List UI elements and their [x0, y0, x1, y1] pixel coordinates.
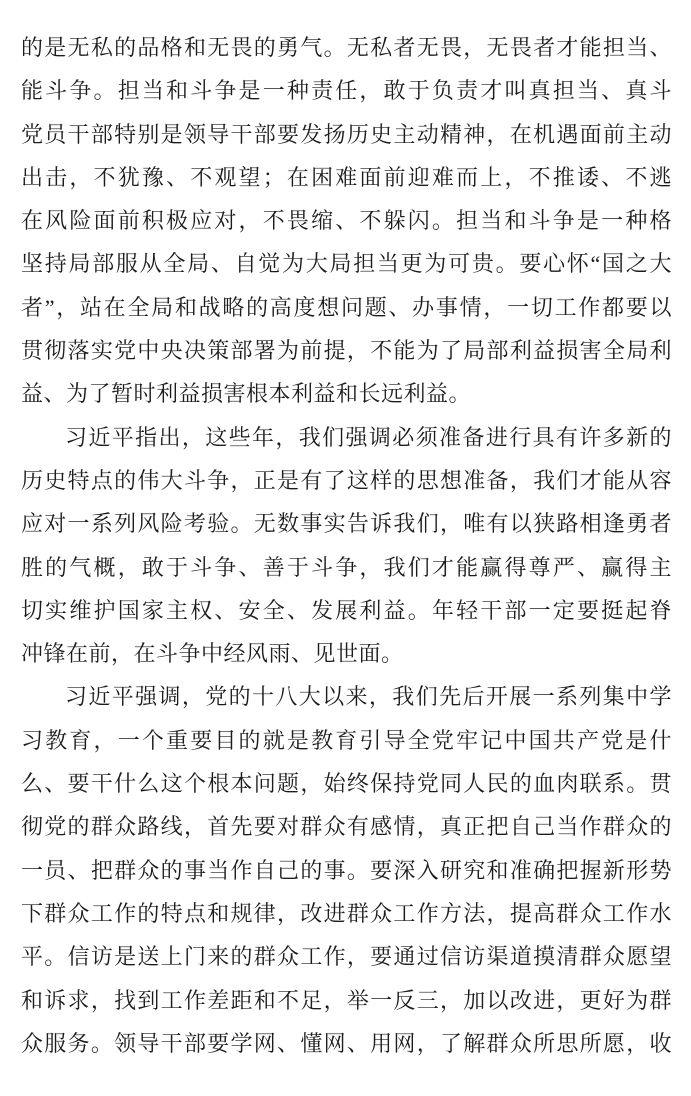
- text-line: 益、为了暂时利益损害根本利益和长远利益。: [21, 372, 672, 415]
- text-line: 彻党的群众路线，首先要对群众有感情，真正把自己当作群众的: [21, 805, 672, 848]
- text-line: 应对一系列风险考验。无数事实告诉我们，唯有以狭路相逢勇者: [21, 502, 672, 545]
- text-line: 习近平强调，党的十八大以来，我们先后开展一系列集中学: [21, 675, 672, 718]
- text-line: 众服务。领导干部要学网、懂网、用网，了解群众所思所愿，收: [21, 1022, 672, 1065]
- text-line: 在风险面前积极应对，不畏缩、不躲闪。担当和斗争是一种格局，: [21, 199, 672, 242]
- text-line: 冲锋在前，在斗争中经风雨、见世面。: [21, 632, 672, 675]
- text-line: 和诉求，找到工作差距和不足，举一反三，加以改进，更好为群: [21, 979, 672, 1022]
- text-line: 么、要干什么这个根本问题，始终保持党同人民的血肉联系。贯: [21, 762, 672, 805]
- text-line: 贯彻落实党中央决策部署为前提，不能为了局部利益损害全局利: [21, 329, 672, 372]
- text-line: 下群众工作的特点和规律，改进群众工作方法，提高群众工作水: [21, 892, 672, 935]
- text-line: 一员、把群众的事当作自己的事。要深入研究和准确把握新形势: [21, 849, 672, 892]
- text-line: 平。信访是送上门来的群众工作，要通过信访渠道摸清群众愿望: [21, 935, 672, 978]
- paragraph: 的是无私的品格和无畏的勇气。无私者无畏，无畏者才能担当、能斗争。担当和斗争是一种…: [21, 26, 672, 416]
- paragraph: 习近平强调，党的十八大以来，我们先后开展一系列集中学习教育，一个重要目的就是教育…: [21, 675, 672, 1065]
- document-page: 的是无私的品格和无畏的勇气。无私者无畏，无畏者才能担当、能斗争。担当和斗争是一种…: [0, 0, 691, 1096]
- text-line: 者”，站在全局和战略的高度想问题、办事情，一切工作都要以: [21, 286, 672, 329]
- text-line: 历史特点的伟大斗争，正是有了这样的思想准备，我们才能从容: [21, 459, 672, 502]
- text-line: 习近平指出，这些年，我们强调必须准备进行具有许多新的: [21, 416, 672, 459]
- paragraph: 习近平指出，这些年，我们强调必须准备进行具有许多新的历史特点的伟大斗争，正是有了…: [21, 416, 672, 676]
- text-line: 胜的气概，敢于斗争、善于斗争，我们才能赢得尊严、赢得主动，: [21, 546, 672, 589]
- text-line: 坚持局部服从全局、自觉为大局担当更为可贵。要心怀“国之大: [21, 242, 672, 285]
- text-line: 习教育，一个重要目的就是教育引导全党牢记中国共产党是什: [21, 719, 672, 762]
- text-line: 的是无私的品格和无畏的勇气。无私者无畏，无畏者才能担当、: [21, 26, 672, 69]
- document-body: 的是无私的品格和无畏的勇气。无私者无畏，无畏者才能担当、能斗争。担当和斗争是一种…: [21, 26, 672, 1065]
- text-line: 党员干部特别是领导干部要发扬历史主动精神，在机遇面前主动: [21, 113, 672, 156]
- text-line: 出击，不犹豫、不观望；在困难面前迎难而上，不推诿、不逃避；: [21, 156, 672, 199]
- text-line: 切实维护国家主权、安全、发展利益。年轻干部一定要挺起脊梁、: [21, 589, 672, 632]
- text-line: 能斗争。担当和斗争是一种责任，敢于负责才叫真担当、真斗争。: [21, 69, 672, 112]
